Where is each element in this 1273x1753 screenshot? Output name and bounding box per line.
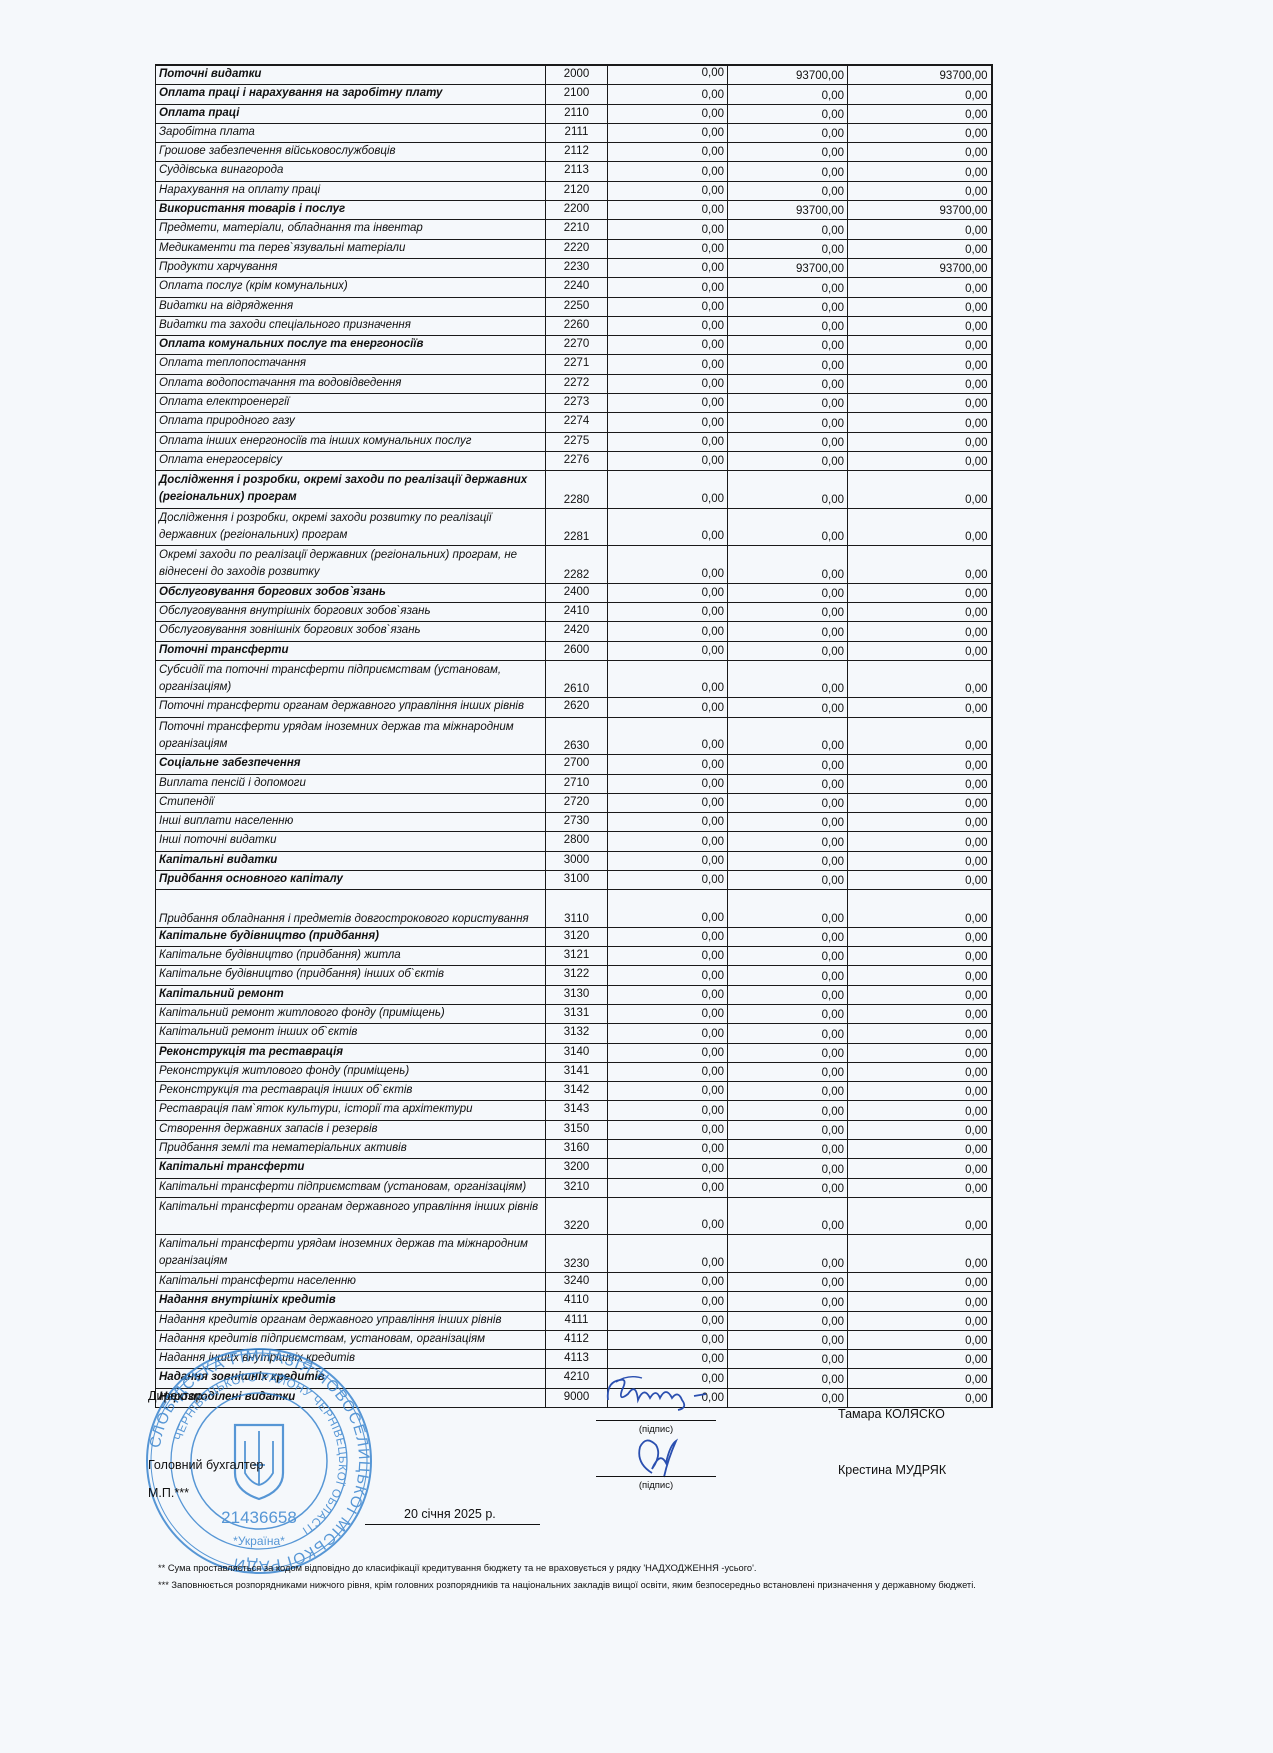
row-code: 2230 [546, 258, 608, 277]
row-code: 2271 [546, 355, 608, 374]
table-row: Інші поточні видатки28000,000,000,00 [156, 832, 992, 851]
row-label: Надання внутрішніх кредитів [156, 1292, 546, 1311]
row-value-col3: 0,00 [608, 1082, 728, 1101]
row-label: Грошове забезпечення військовослужбовців [156, 143, 546, 162]
row-value-col4: 0,00 [728, 1350, 848, 1369]
row-code: 2281 [546, 508, 608, 546]
date-underline [365, 1524, 540, 1525]
row-value-col5: 93700,00 [848, 201, 992, 220]
table-row: Дослідження і розробки, окремі заходи по… [156, 471, 992, 509]
row-code: 3140 [546, 1043, 608, 1062]
row-label: Надання кредитів органам державного упра… [156, 1311, 546, 1330]
row-value-col3: 0,00 [608, 927, 728, 946]
table-row: Соціальне забезпечення27000,000,000,00 [156, 755, 992, 774]
row-value-col4: 0,00 [728, 927, 848, 946]
row-value-col4: 0,00 [728, 546, 848, 584]
table-row: Використання товарів і послуг22000,00937… [156, 201, 992, 220]
row-value-col3: 0,00 [608, 966, 728, 985]
table-row: Придбання землі та нематеріальних активі… [156, 1140, 992, 1159]
row-value-col5: 0,00 [848, 1388, 992, 1407]
row-value-col5: 0,00 [848, 1369, 992, 1388]
row-value-col5: 0,00 [848, 1140, 992, 1159]
row-value-col4: 0,00 [728, 123, 848, 142]
row-value-col4: 0,00 [728, 1235, 848, 1273]
table-row: Оплата енергосервісу22760,000,000,00 [156, 451, 992, 470]
table-row: Реконструкція та реставрація31400,000,00… [156, 1043, 992, 1062]
row-label: Капітальні трансферти підприємствам (уст… [156, 1178, 546, 1197]
row-value-col3: 0,00 [608, 947, 728, 966]
row-label: Видатки на відрядження [156, 297, 546, 316]
row-value-col4: 0,00 [728, 394, 848, 413]
table-row: Капітальні трансферти населенню32400,000… [156, 1272, 992, 1291]
row-code: 2260 [546, 316, 608, 335]
row-value-col4: 0,00 [728, 278, 848, 297]
row-code: 2273 [546, 394, 608, 413]
row-value-col4: 0,00 [728, 1388, 848, 1407]
row-value-col3: 0,00 [608, 316, 728, 335]
row-value-col5: 0,00 [848, 123, 992, 142]
row-value-col4: 0,00 [728, 336, 848, 355]
row-value-col3: 0,00 [608, 1024, 728, 1043]
row-value-col3: 0,00 [608, 755, 728, 774]
row-value-col4: 0,00 [728, 793, 848, 812]
row-value-col5: 0,00 [848, 451, 992, 470]
table-row: Капітальні трансферти32000,000,000,00 [156, 1159, 992, 1178]
row-label: Предмети, матеріали, обладнання та інвен… [156, 220, 546, 239]
row-value-col4: 0,00 [728, 239, 848, 258]
row-value-col4: 0,00 [728, 162, 848, 181]
row-value-col5: 0,00 [848, 1350, 992, 1369]
row-code: 3121 [546, 947, 608, 966]
row-value-col3: 0,00 [608, 717, 728, 755]
row-label: Капітальні трансферти [156, 1159, 546, 1178]
row-value-col4: 0,00 [728, 1082, 848, 1101]
table-row: Інші виплати населенню27300,000,000,00 [156, 813, 992, 832]
row-label: Капітальний ремонт [156, 985, 546, 1004]
row-value-col3: 0,00 [608, 508, 728, 546]
table-row: Реконструкція житлового фонду (приміщень… [156, 1062, 992, 1081]
row-label: Капітальне будівництво (придбання) [156, 927, 546, 946]
table-row: Обслуговування боргових зобов`язань24000… [156, 583, 992, 602]
row-label: Капітальні трансферти урядам іноземних д… [156, 1235, 546, 1273]
row-code: 2120 [546, 181, 608, 200]
row-value-col4: 0,00 [728, 1004, 848, 1023]
table-row: Суддівська винагорода21130,000,000,00 [156, 162, 992, 181]
table-row: Капітальне будівництво (придбання) житла… [156, 947, 992, 966]
row-value-col5: 0,00 [848, 927, 992, 946]
document-page: Поточні видатки20000,0093700,0093700,00О… [0, 0, 1273, 1753]
row-code: 2113 [546, 162, 608, 181]
row-label: Реконструкція житлового фонду (приміщень… [156, 1062, 546, 1081]
row-code: 3143 [546, 1101, 608, 1120]
row-value-col3: 0,00 [608, 278, 728, 297]
table-row: Капітальний ремонт житлового фонду (прим… [156, 1004, 992, 1023]
row-code: 2800 [546, 832, 608, 851]
table-row: Капітальний ремонт інших об`єктів31320,0… [156, 1024, 992, 1043]
director-role-label: Директор [148, 1389, 202, 1403]
row-value-col5: 0,00 [848, 355, 992, 374]
table-row: Придбання обладнання і предметів довгост… [156, 890, 992, 928]
row-value-col5: 0,00 [848, 1024, 992, 1043]
row-code: 3130 [546, 985, 608, 1004]
row-code: 3150 [546, 1120, 608, 1139]
row-label: Придбання обладнання і предметів довгост… [156, 890, 546, 928]
svg-text:21436658: 21436658 [221, 1508, 297, 1527]
row-value-col3: 0,00 [608, 1292, 728, 1311]
table-row: Реконструкція та реставрація інших об`єк… [156, 1082, 992, 1101]
row-value-col3: 0,00 [608, 181, 728, 200]
row-code: 3160 [546, 1140, 608, 1159]
row-code: 2100 [546, 85, 608, 104]
row-code: 3131 [546, 1004, 608, 1023]
row-value-col4: 0,00 [728, 717, 848, 755]
row-code: 4110 [546, 1292, 608, 1311]
table-row: Капітальне будівництво (придбання)31200,… [156, 927, 992, 946]
row-label: Оплата теплопостачання [156, 355, 546, 374]
table-row: Видатки та заходи спеціального призначен… [156, 316, 992, 335]
table-row: Капітальні трансферти урядам іноземних д… [156, 1235, 992, 1273]
row-value-col4: 0,00 [728, 1062, 848, 1081]
row-value-col3: 0,00 [608, 1159, 728, 1178]
row-value-col4: 0,00 [728, 471, 848, 509]
row-value-col3: 0,00 [608, 413, 728, 432]
row-value-col5: 0,00 [848, 966, 992, 985]
row-value-col3: 0,00 [608, 201, 728, 220]
row-value-col4: 0,00 [728, 220, 848, 239]
row-code: 3132 [546, 1024, 608, 1043]
row-label: Оплата електроенергії [156, 394, 546, 413]
row-label: Окремі заходи по реалізації державних (р… [156, 546, 546, 584]
row-value-col3: 0,00 [608, 603, 728, 622]
row-code: 2272 [546, 374, 608, 393]
row-value-col3: 0,00 [608, 1350, 728, 1369]
table-row: Придбання основного капіталу31000,000,00… [156, 871, 992, 890]
row-value-col5: 0,00 [848, 1004, 992, 1023]
row-value-col3: 0,00 [608, 258, 728, 277]
row-value-col5: 0,00 [848, 143, 992, 162]
row-value-col4: 0,00 [728, 104, 848, 123]
row-value-col4: 0,00 [728, 1043, 848, 1062]
row-value-col5: 0,00 [848, 546, 992, 584]
row-value-col5: 0,00 [848, 85, 992, 104]
row-code: 2410 [546, 603, 608, 622]
table-row: Поточні трансферти органам державного уп… [156, 698, 992, 717]
row-code: 3141 [546, 1062, 608, 1081]
row-value-col4: 0,00 [728, 1330, 848, 1349]
row-code: 2210 [546, 220, 608, 239]
row-label: Продукти харчування [156, 258, 546, 277]
row-value-col4: 0,00 [728, 755, 848, 774]
table-row: Надання внутрішніх кредитів41100,000,000… [156, 1292, 992, 1311]
row-label: Реставрація пам`яток культури, історії т… [156, 1101, 546, 1120]
footnote-triple-asterisk: *** Заповнюється розпорядниками нижчого … [148, 1578, 1008, 1592]
row-value-col3: 0,00 [608, 774, 728, 793]
row-value-col4: 0,00 [728, 1369, 848, 1388]
table-row: Предмети, матеріали, обладнання та інвен… [156, 220, 992, 239]
row-value-col3: 0,00 [608, 143, 728, 162]
table-row: Продукти харчування22300,0093700,0093700… [156, 258, 992, 277]
row-code: 2620 [546, 698, 608, 717]
row-value-col4: 0,00 [728, 1272, 848, 1291]
row-value-col4: 0,00 [728, 622, 848, 641]
row-code: 3000 [546, 851, 608, 870]
row-value-col3: 0,00 [608, 546, 728, 584]
row-value-col5: 0,00 [848, 104, 992, 123]
row-label: Обслуговування зовнішніх боргових зобов`… [156, 622, 546, 641]
row-value-col3: 0,00 [608, 1043, 728, 1062]
table-row: Заробітна плата21110,000,000,00 [156, 123, 992, 142]
row-code: 2400 [546, 583, 608, 602]
row-value-col5: 0,00 [848, 508, 992, 546]
seal-label: М.П.*** [148, 1486, 189, 1500]
row-label: Капітальне будівництво (придбання) житла [156, 947, 546, 966]
row-value-col4: 0,00 [728, 1140, 848, 1159]
row-value-col5: 0,00 [848, 813, 992, 832]
table-row: Створення державних запасів і резервів31… [156, 1120, 992, 1139]
row-value-col5: 0,00 [848, 181, 992, 200]
row-label: Реконструкція та реставрація інших об`єк… [156, 1082, 546, 1101]
row-label: Стипендії [156, 793, 546, 812]
row-value-col4: 93700,00 [728, 201, 848, 220]
row-value-col4: 0,00 [728, 1292, 848, 1311]
row-label: Заробітна плата [156, 123, 546, 142]
row-value-col5: 0,00 [848, 297, 992, 316]
row-value-col4: 0,00 [728, 451, 848, 470]
row-label: Поточні трансферти [156, 641, 546, 660]
accountant-name: Крестина МУДРЯК [838, 1463, 946, 1477]
accountant-signature-line [596, 1476, 716, 1477]
row-value-col4: 0,00 [728, 583, 848, 602]
row-value-col4: 93700,00 [728, 65, 848, 85]
row-value-col4: 0,00 [728, 851, 848, 870]
row-value-col5: 0,00 [848, 1178, 992, 1197]
director-signature-line [596, 1420, 716, 1421]
table-row: Поточні трансферти урядам іноземних держ… [156, 717, 992, 755]
row-value-col3: 0,00 [608, 985, 728, 1004]
row-label: Оплата праці і нарахування на заробітну … [156, 85, 546, 104]
row-code: 2700 [546, 755, 608, 774]
row-value-col3: 0,00 [608, 698, 728, 717]
row-value-col3: 0,00 [608, 374, 728, 393]
row-label: Оплата природного газу [156, 413, 546, 432]
row-value-col3: 0,00 [608, 1140, 728, 1159]
row-value-col5: 0,00 [848, 832, 992, 851]
row-value-col5: 0,00 [848, 1062, 992, 1081]
row-value-col3: 0,00 [608, 851, 728, 870]
row-value-col5: 0,00 [848, 985, 992, 1004]
row-value-col3: 0,00 [608, 1062, 728, 1081]
row-label: Інші виплати населенню [156, 813, 546, 832]
row-value-col4: 0,00 [728, 1120, 848, 1139]
table-row: Обслуговування внутрішніх боргових зобов… [156, 603, 992, 622]
row-value-col4: 0,00 [728, 413, 848, 432]
row-value-col3: 0,00 [608, 471, 728, 509]
row-label: Обслуговування боргових зобов`язань [156, 583, 546, 602]
row-code: 3110 [546, 890, 608, 928]
table-row: Реставрація пам`яток культури, історії т… [156, 1101, 992, 1120]
row-value-col4: 93700,00 [728, 258, 848, 277]
svg-text:*Україна*: *Україна* [233, 1534, 285, 1548]
row-code: 2200 [546, 201, 608, 220]
row-value-col5: 0,00 [848, 413, 992, 432]
row-label: Дослідження і розробки, окремі заходи по… [156, 471, 546, 509]
row-value-col4: 0,00 [728, 947, 848, 966]
table-row: Окремі заходи по реалізації державних (р… [156, 546, 992, 584]
row-value-col3: 0,00 [608, 220, 728, 239]
row-value-col5: 0,00 [848, 717, 992, 755]
table-row: Оплата праці і нарахування на заробітну … [156, 85, 992, 104]
row-label: Дослідження і розробки, окремі заходи ро… [156, 508, 546, 546]
row-value-col5: 0,00 [848, 660, 992, 698]
row-value-col5: 0,00 [848, 774, 992, 793]
row-value-col4: 0,00 [728, 966, 848, 985]
row-code: 2600 [546, 641, 608, 660]
row-value-col3: 0,00 [608, 85, 728, 104]
row-value-col4: 0,00 [728, 432, 848, 451]
row-label: Медикаменти та перев`язувальні матеріали [156, 239, 546, 258]
row-value-col3: 0,00 [608, 583, 728, 602]
row-value-col4: 0,00 [728, 1159, 848, 1178]
accountant-signature-caption: (підпис) [596, 1480, 716, 1491]
row-code: 2270 [546, 336, 608, 355]
row-value-col5: 93700,00 [848, 258, 992, 277]
row-value-col3: 0,00 [608, 355, 728, 374]
table-row: Оплата комунальних послуг та енергоносії… [156, 336, 992, 355]
table-row: Оплата електроенергії22730,000,000,00 [156, 394, 992, 413]
row-value-col3: 0,00 [608, 871, 728, 890]
row-value-col4: 0,00 [728, 660, 848, 698]
row-value-col4: 0,00 [728, 355, 848, 374]
table-row: Капітальні трансферти органам державного… [156, 1197, 992, 1235]
row-value-col3: 0,00 [608, 394, 728, 413]
row-label: Оплата комунальних послуг та енергоносії… [156, 336, 546, 355]
row-label: Оплата праці [156, 104, 546, 123]
director-name: Тамара КОЛЯСКО [838, 1407, 945, 1421]
row-code: 4113 [546, 1350, 608, 1369]
row-value-col5: 0,00 [848, 603, 992, 622]
row-code: 3220 [546, 1197, 608, 1235]
row-value-col4: 0,00 [728, 1197, 848, 1235]
row-label: Видатки та заходи спеціального призначен… [156, 316, 546, 335]
row-label: Придбання основного капіталу [156, 871, 546, 890]
table-row: Капітальний ремонт31300,000,000,00 [156, 985, 992, 1004]
row-code: 2610 [546, 660, 608, 698]
row-value-col5: 0,00 [848, 1197, 992, 1235]
row-value-col5: 0,00 [848, 471, 992, 509]
row-value-col4: 0,00 [728, 316, 848, 335]
table-row: Грошове забезпечення військовослужбовців… [156, 143, 992, 162]
row-value-col3: 0,00 [608, 432, 728, 451]
row-value-col3: 0,00 [608, 890, 728, 928]
row-value-col4: 0,00 [728, 297, 848, 316]
table-row: Виплата пенсій і допомоги27100,000,000,0… [156, 774, 992, 793]
row-value-col3: 0,00 [608, 1120, 728, 1139]
table-row: Субсидії та поточні трансферти підприємс… [156, 660, 992, 698]
row-value-col5: 0,00 [848, 641, 992, 660]
row-code: 3230 [546, 1235, 608, 1273]
expenditure-table-body: Поточні видатки20000,0093700,0093700,00О… [156, 65, 992, 1408]
row-value-col5: 0,00 [848, 394, 992, 413]
row-value-col3: 0,00 [608, 162, 728, 181]
table-row: Капітальні трансферти підприємствам (уст… [156, 1178, 992, 1197]
row-value-col4: 0,00 [728, 1311, 848, 1330]
row-value-col3: 0,00 [608, 1330, 728, 1349]
table-row: Оплата природного газу22740,000,000,00 [156, 413, 992, 432]
row-value-col5: 0,00 [848, 1101, 992, 1120]
row-value-col3: 0,00 [608, 1197, 728, 1235]
row-value-col3: 0,00 [608, 1101, 728, 1120]
row-value-col3: 0,00 [608, 1178, 728, 1197]
row-label: Оплата водопостачання та водовідведення [156, 374, 546, 393]
row-label: Капітальний ремонт інших об`єктів [156, 1024, 546, 1043]
row-value-col5: 0,00 [848, 162, 992, 181]
row-code: 2730 [546, 813, 608, 832]
row-value-col5: 0,00 [848, 583, 992, 602]
row-code: 3122 [546, 966, 608, 985]
row-value-col4: 0,00 [728, 143, 848, 162]
row-code: 3210 [546, 1178, 608, 1197]
row-value-col3: 0,00 [608, 336, 728, 355]
row-value-col5: 0,00 [848, 1292, 992, 1311]
row-value-col3: 0,00 [608, 1004, 728, 1023]
table-row: Поточні трансферти26000,000,000,00 [156, 641, 992, 660]
row-value-col3: 0,00 [608, 832, 728, 851]
row-value-col3: 0,00 [608, 451, 728, 470]
row-label: Суддівська винагорода [156, 162, 546, 181]
row-value-col4: 0,00 [728, 641, 848, 660]
expenditure-table: Поточні видатки20000,0093700,0093700,00О… [155, 64, 993, 1408]
row-label: Реконструкція та реставрація [156, 1043, 546, 1062]
row-label: Капітальний ремонт житлового фонду (прим… [156, 1004, 546, 1023]
footnote-double-asterisk: ** Сума проставляється за кодом відповід… [148, 1561, 1018, 1575]
row-value-col4: 0,00 [728, 774, 848, 793]
table-row: Оплата водопостачання та водовідведення2… [156, 374, 992, 393]
row-value-col4: 0,00 [728, 985, 848, 1004]
row-label: Нарахування на оплату праці [156, 181, 546, 200]
table-row: Медикаменти та перев`язувальні матеріали… [156, 239, 992, 258]
row-value-col5: 0,00 [848, 220, 992, 239]
row-label: Поточні трансферти органам державного уп… [156, 698, 546, 717]
row-label: Поточні видатки [156, 65, 546, 85]
row-label: Оплата послуг (крім комунальних) [156, 278, 546, 297]
row-value-col3: 0,00 [608, 622, 728, 641]
row-value-col5: 0,00 [848, 1272, 992, 1291]
row-code: 3142 [546, 1082, 608, 1101]
row-label: Капітальні трансферти населенню [156, 1272, 546, 1291]
row-value-col5: 0,00 [848, 793, 992, 812]
row-label: Оплата інших енергоносіїв та інших комун… [156, 432, 546, 451]
row-value-col4: 0,00 [728, 85, 848, 104]
row-code: 2000 [546, 65, 608, 85]
table-row: Оплата інших енергоносіїв та інших комун… [156, 432, 992, 451]
row-value-col5: 0,00 [848, 316, 992, 335]
row-code: 2110 [546, 104, 608, 123]
row-value-col5: 0,00 [848, 698, 992, 717]
row-value-col5: 0,00 [848, 432, 992, 451]
table-row: Оплата послуг (крім комунальних)22400,00… [156, 278, 992, 297]
row-value-col3: 0,00 [608, 65, 728, 85]
table-row: Обслуговування зовнішніх боргових зобов`… [156, 622, 992, 641]
row-value-col3: 0,00 [608, 1235, 728, 1273]
row-value-col3: 0,00 [608, 793, 728, 812]
row-value-col3: 0,00 [608, 239, 728, 258]
row-value-col5: 0,00 [848, 1120, 992, 1139]
row-label: Поточні трансферти урядам іноземних держ… [156, 717, 546, 755]
row-value-col5: 0,00 [848, 1159, 992, 1178]
row-code: 2274 [546, 413, 608, 432]
row-code: 2112 [546, 143, 608, 162]
row-value-col5: 0,00 [848, 1043, 992, 1062]
